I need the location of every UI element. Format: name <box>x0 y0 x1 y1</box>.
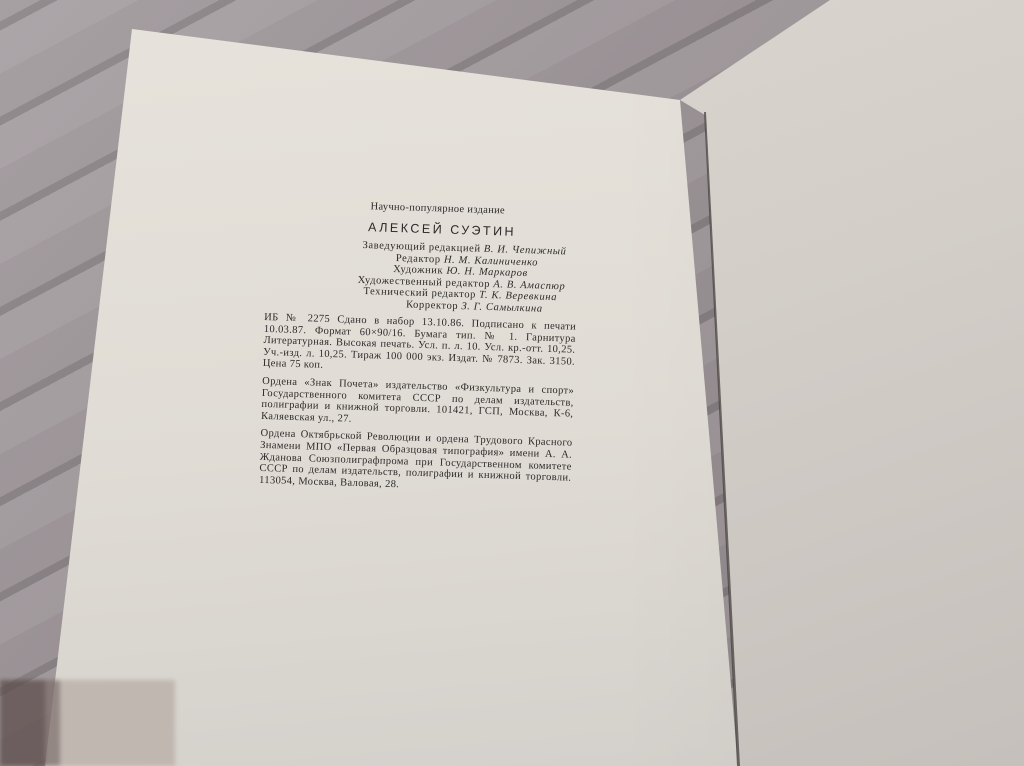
credits-list: Заведующий редакцией В. И. Чепижный Реда… <box>265 237 567 315</box>
publisher-info: Ордена «Знак Почета» издательство «Физку… <box>261 376 574 432</box>
imprint-block: Научно-популярное издание АЛЕКСЕЙ СУЭТИН… <box>259 198 588 496</box>
author-name: АЛЕКСЕЙ СУЭТИН <box>297 218 587 241</box>
print-info: ИБ № 2275 Сдано в набор 13.10.86. Подпис… <box>263 312 577 380</box>
printer-info: Ордена Октябрьской Революции и ордена Тр… <box>259 428 573 496</box>
blurred-watermark <box>0 680 175 766</box>
